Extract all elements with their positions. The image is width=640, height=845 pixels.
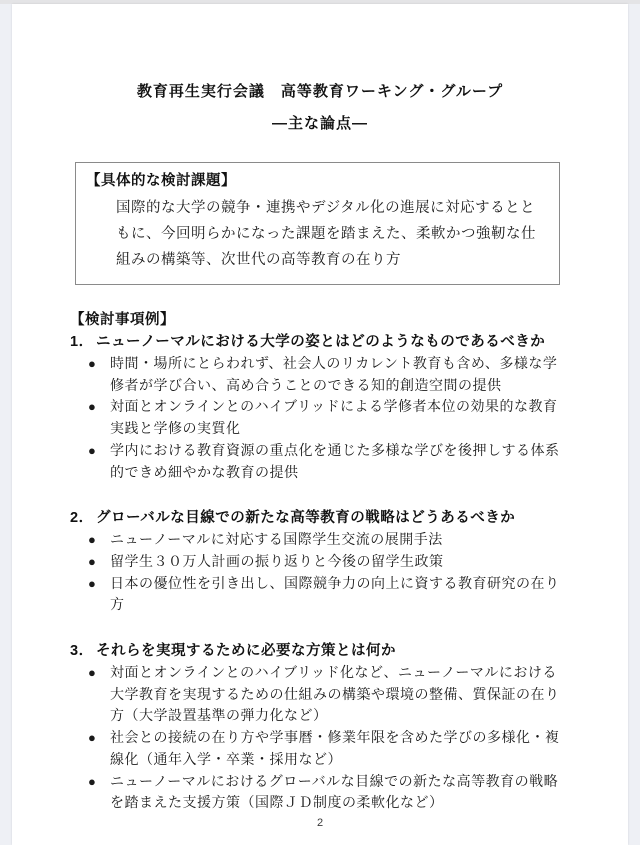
list-item-text: 留学生３０万人計画の振り返りと今後の留学生政策 (110, 551, 568, 573)
section-1-number: 1． (70, 331, 96, 353)
bullet-icon: ● (88, 440, 110, 483)
bullet-icon: ● (88, 396, 110, 439)
bullet-icon: ● (88, 771, 110, 814)
section-1-title-text: ニューノーマルにおける大学の姿とはどのようなものであるべきか (96, 331, 545, 353)
bullet-icon: ● (88, 573, 110, 616)
section-3-title-text: それらを実現するために必要な方策とは何か (96, 640, 396, 662)
section-2: 2． グローバルな目線での新たな高等教育の戦略はどうあるべきか ● ニューノーマ… (70, 507, 570, 616)
list-item-text: ニューノーマルにおけるグローバルな目線での新たな高等教育の戦略を踏まえた支援方策… (110, 771, 568, 814)
list-item: ● ニューノーマルにおけるグローバルな目線での新たな高等教育の戦略を踏まえた支援… (88, 771, 570, 814)
section-2-title-text: グローバルな目線での新たな高等教育の戦略はどうあるべきか (96, 507, 515, 529)
document-page: 教育再生実行会議 高等教育ワーキング・グループ ―主な論点― 【具体的な検討課題… (12, 4, 628, 845)
section-3-title: 3． それらを実現するために必要な方策とは何か (70, 640, 570, 662)
document-subtitle: ―主な論点― (70, 116, 570, 132)
bullet-icon: ● (88, 551, 110, 573)
document-title: 教育再生実行会議 高等教育ワーキング・グループ (70, 84, 570, 100)
page-number: 2 (12, 817, 628, 829)
list-item-text: 学内における教育資源の重点化を通じた多様な学びを後押しする体系的できめ細やかな教… (110, 440, 568, 483)
list-item: ● 時間・場所にとらわれず、社会人のリカレント教育も含め、多様な学修者が学び合い… (88, 353, 570, 396)
list-item-text: 対面とオンラインとのハイブリッドによる学修者本位の効果的な教育実践と学修の実質化 (110, 396, 568, 439)
section-1: 1． ニューノーマルにおける大学の姿とはどのようなものであるべきか ● 時間・場… (70, 331, 570, 483)
issues-box-body: 国際的な大学の競争・連携やデジタル化の進展に対応するとともに、今回明らかになった… (116, 195, 541, 273)
list-item-text: 社会との接続の在り方や学事暦・修業年限を含めた学びの多様化・複線化（通年入学・卒… (110, 727, 568, 770)
list-item-text: 日本の優位性を引き出し、国際競争力の向上に資する教育研究の在り方 (110, 573, 568, 616)
list-item: ● 対面とオンラインとのハイブリッドによる学修者本位の効果的な教育実践と学修の実… (88, 396, 570, 439)
bullet-icon: ● (88, 353, 110, 396)
list-item: ● 日本の優位性を引き出し、国際競争力の向上に資する教育研究の在り方 (88, 573, 570, 616)
list-item-text: ニューノーマルに対応する国際学生交流の展開手法 (110, 529, 568, 551)
section-3: 3． それらを実現するために必要な方策とは何か ● 対面とオンラインとのハイブリ… (70, 640, 570, 814)
bullet-icon: ● (88, 529, 110, 551)
list-item: ● 留学生３０万人計画の振り返りと今後の留学生政策 (88, 551, 570, 573)
list-item-text: 時間・場所にとらわれず、社会人のリカレント教育も含め、多様な学修者が学び合い、高… (110, 353, 568, 396)
issues-box-heading: 【具体的な検討課題】 (86, 170, 547, 192)
section-1-title: 1． ニューノーマルにおける大学の姿とはどのようなものであるべきか (70, 331, 570, 353)
list-item: ● 対面とオンラインとのハイブリッド化など、ニューノーマルにおける大学教育を実現… (88, 662, 570, 727)
section-2-number: 2． (70, 507, 96, 529)
bullet-icon: ● (88, 662, 110, 727)
list-item: ● 社会との接続の在り方や学事暦・修業年限を含めた学びの多様化・複線化（通年入学… (88, 727, 570, 770)
specific-issues-box: 【具体的な検討課題】 国際的な大学の競争・連携やデジタル化の進展に対応するととも… (75, 162, 560, 285)
list-item: ● ニューノーマルに対応する国際学生交流の展開手法 (88, 529, 570, 551)
bullet-icon: ● (88, 727, 110, 770)
list-item: ● 学内における教育資源の重点化を通じた多様な学びを後押しする体系的できめ細やか… (88, 440, 570, 483)
examples-heading: 【検討事項例】 (70, 309, 570, 331)
section-3-number: 3． (70, 640, 96, 662)
section-2-title: 2． グローバルな目線での新たな高等教育の戦略はどうあるべきか (70, 507, 570, 529)
list-item-text: 対面とオンラインとのハイブリッド化など、ニューノーマルにおける大学教育を実現する… (110, 662, 568, 727)
